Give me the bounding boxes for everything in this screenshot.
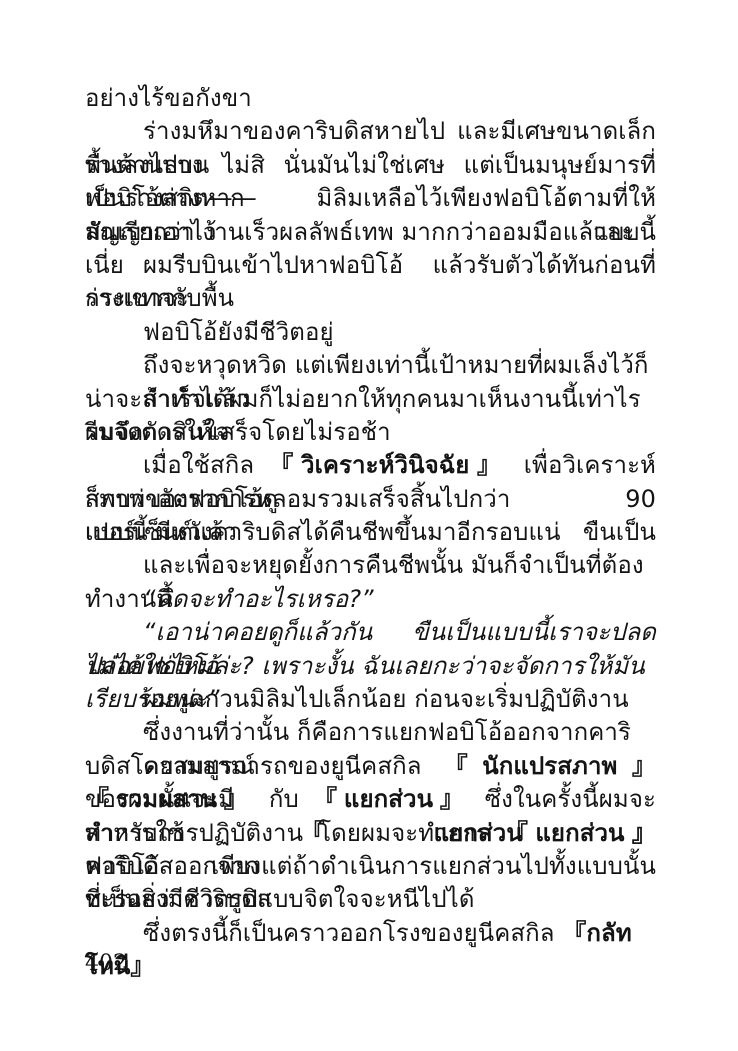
text-segment: ความสามารถของยูนีคสกิล [143,752,444,780]
text-line: ฟอบิโอ้ต่างหาก มิลิมเหลือไว้เพียงฟอบิโอ้… [85,182,656,215]
text-segment: กับ [255,785,314,813]
skill-name: 『นักแปรสภาพ』 [444,752,656,780]
text-line: ถ้าทำได้ผมก็ไม่อยากให้ทุกคนมาเห็นงานนี้เ… [85,383,656,416]
text-line: ร่างมหึมาของคาริบดิสหายไป และมีเศษขนาดเล… [85,115,656,148]
text-line: รีบจัดการให้เสร็จโดยไม่รอช้า [85,416,656,449]
text-segment: ที่เป็นสิ่งมีชีวิตรูปแบบจิตใจจะหนีไปได้ [85,885,475,913]
text-line: ถึงจะหวุดหวิด แต่เพียงเท่านี้เป้าหมายที่… [85,349,656,382]
text-line: ไม่ได้ใช่ไหมล่ะ? เพราะงั้น ฉันเลยกะว่าจะ… [85,650,656,683]
text-line: ซึ่งงานที่ว่านั้น ก็คือการแยกฟอบิโอ้ออกจ… [85,716,656,749]
text-segment: สำหรับการปฏิบัติงาน โดยผมจะทำการ [85,819,504,847]
text-line: ความสามารถของยูนีคสกิล 『นักแปรสภาพ』 ของผ… [85,750,656,783]
text-segment: “คิดจะทำอะไรเหรอ?” [143,585,374,613]
text-line: กระแทกกับพื้น [85,282,656,315]
text-line: พื้นด้านล่าง ไม่สิ นั่นมันไม่ใช่เศษ แต่เ… [85,149,656,182]
text-segment: เมื่อใช้สกิล [143,451,269,479]
text-line: อย่างไร้ขอกังขา [85,82,656,115]
text-segment: กระแทกกับพื้น [85,284,234,312]
text-segment: แบบนี้ มีหวังคาริบดิสได้คืนชีพขึ้นมาอีกร… [85,518,561,546]
text-line: “คิดจะทำอะไรเหรอ?” [85,583,656,616]
skill-name: 『แยกส่วน』 [504,819,656,847]
text-segment: อย่างไร้ขอกังขา [85,84,252,112]
text-block: อย่างไร้ขอกังขาร่างมหึมาของคาริบดิสหายไป… [85,82,656,950]
skill-name: 『วิเคราะห์วินิจฉัย』 [269,451,508,479]
text-segment: ซึ่งตรงนี้ก็เป็นคราวออกโรงของยูนีคสกิล [143,919,562,947]
skill-name: 『รวมผสาน』 [85,785,255,813]
text-line: ผมพูดกวนมิลิมไปเล็กน้อย ก่อนจะเริ่มปฏิบั… [85,683,656,716]
text-segment: รีบจัดการให้เสร็จโดยไม่รอช้า [85,418,391,446]
text-segment: ฟอบิโอ้ยังมีชีวิตอยู่ [143,318,334,346]
text-line: ก็พบว่าอัตราการหลอมรวมเสร็จสิ้นไปกว่า 90… [85,483,656,516]
text-line: ซึ่งตรงนี้ก็เป็นคราวออกโรงของยูนีคสกิล 『… [85,917,656,950]
text-line: และเพื่อจะหยุดยั้งการคืนชีพนั้น มันก็จำเ… [85,549,656,582]
text-line: เมื่อใช้สกิล 『วิเคราะห์วินิจฉัย』 เพื่อวิ… [85,449,656,482]
skill-name: 『แยกส่วน』 [313,785,470,813]
text-line: สำหรับการปฏิบัติงาน โดยผมจะทำการ 『แยกส่ว… [85,817,656,850]
text-line: 『รวมผสาน』 กับ 『แยกส่วน』 ซึ่งในครั้งนี้ผม… [85,783,656,816]
page-number: 402 [85,951,127,976]
text-line: ฟอบิโอ้ เพียงแต่ถ้าดำเนินการแยกส่วนไปทั้… [85,850,656,883]
text-line: ฟอบิโอ้ยังมีชีวิตอยู่ [85,316,656,349]
text-segment: ผมพูดกวนมิลิมไปเล็กน้อย ก่อนจะเริ่มปฏิบั… [143,685,629,713]
book-page: อย่างไร้ขอกังขาร่างมหึมาของคาริบดิสหายไป… [0,0,738,1051]
text-line: ผมรีบบินเข้าไปหาฟอบิโอ้ แล้วรับตัวได้ทัน… [85,249,656,282]
text-line: “เอาน่าคอยดูก็แล้วกัน ขืนเป็นแบบนี้เราจะ… [85,616,656,649]
text-line: ที่เป็นสิ่งมีชีวิตรูปแบบจิตใจจะหนีไปได้ [85,883,656,916]
text-line: มันเรียกว่า งานเร็วผลลัพธ์เทพ มากกว่าออม… [85,216,656,249]
